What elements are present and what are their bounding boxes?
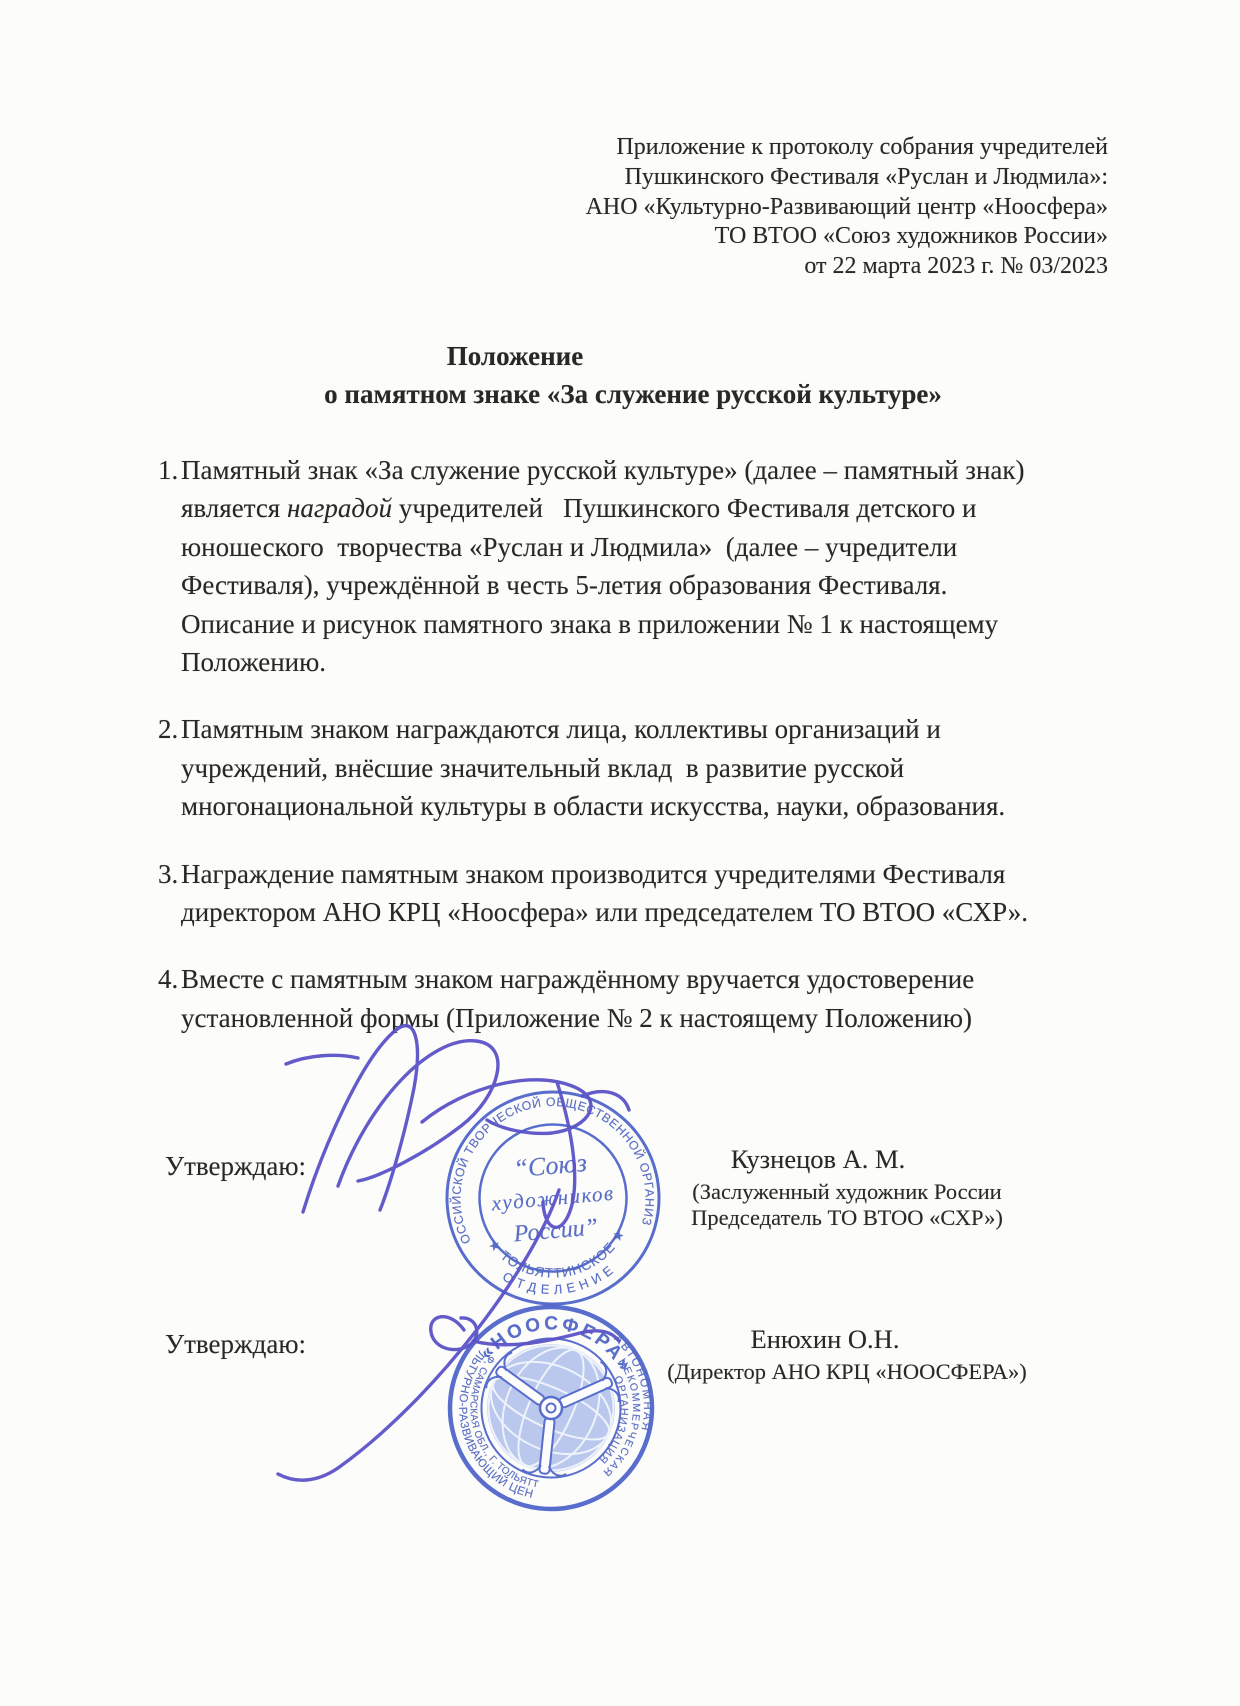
list-item-line: Фестиваля), учреждённой в честь 5-летия … [181, 566, 1148, 604]
numbered-list: 1.Памятный знак «За служение русской кул… [158, 451, 1148, 1066]
list-item-number: 4. [158, 960, 181, 1037]
list-item-line: Описание и рисунок памятного знака в при… [181, 605, 1148, 643]
document-title-line1: Положение [447, 341, 583, 372]
list-item-text: Памятный знак «За служение русской культ… [181, 451, 1148, 681]
list-item: 3.Награждение памятным знаком производит… [158, 855, 1148, 932]
list-item-text: Награждение памятным знаком производится… [181, 855, 1148, 932]
list-item: 1.Памятный знак «За служение русской кул… [158, 451, 1148, 681]
document-title-line2: о памятном знаке «За служение русской ку… [324, 379, 942, 410]
list-item-line: учреждений, внёсшие значительный вклад в… [181, 749, 1148, 787]
header-line: АНО «Культурно-Развивающий центр «Ноосфе… [586, 193, 1108, 223]
list-item-line: Положению. [181, 643, 1148, 681]
list-item-number: 2. [158, 710, 181, 825]
header-line: от 22 марта 2023 г. № 03/2023 [586, 252, 1108, 282]
emphasized-word: наградой [287, 493, 392, 523]
header-line: Пушкинского Фестиваля «Руслан и Людмила»… [586, 163, 1108, 193]
list-item-line: Награждение памятным знаком производится… [181, 855, 1148, 893]
list-item-line: Памятный знак «За служение русской культ… [181, 451, 1148, 489]
signature-enyukhin [278, 1190, 619, 1480]
list-item-line: является наградой учредителей Пушкинског… [181, 489, 1148, 527]
document-header: Приложение к протоколу собрания учредите… [586, 133, 1108, 282]
list-item-number: 1. [158, 451, 181, 681]
list-item-line: юношеского творчества «Руслан и Людмила»… [181, 528, 1148, 566]
signature-kuznetsov [286, 1026, 629, 1228]
list-item-line: Памятным знаком награждаются лица, колле… [181, 710, 1148, 748]
signatures-overlay [250, 1000, 720, 1530]
list-item-line: Вместе с памятным знаком награждённому в… [181, 960, 1148, 998]
list-item-line: директором АНО КРЦ «Ноосфера» или предсе… [181, 893, 1148, 931]
list-item: 2.Памятным знаком награждаются лица, кол… [158, 710, 1148, 825]
list-item-line: многонациональной культуры в области иск… [181, 787, 1148, 825]
header-line: Приложение к протоколу собрания учредите… [586, 133, 1108, 163]
list-item-text: Памятным знаком награждаются лица, колле… [181, 710, 1148, 825]
list-item-number: 3. [158, 855, 181, 932]
header-line: ТО ВТОО «Союз художников России» [586, 222, 1108, 252]
scanned-document-page: Приложение к протоколу собрания учредите… [0, 0, 1240, 1706]
